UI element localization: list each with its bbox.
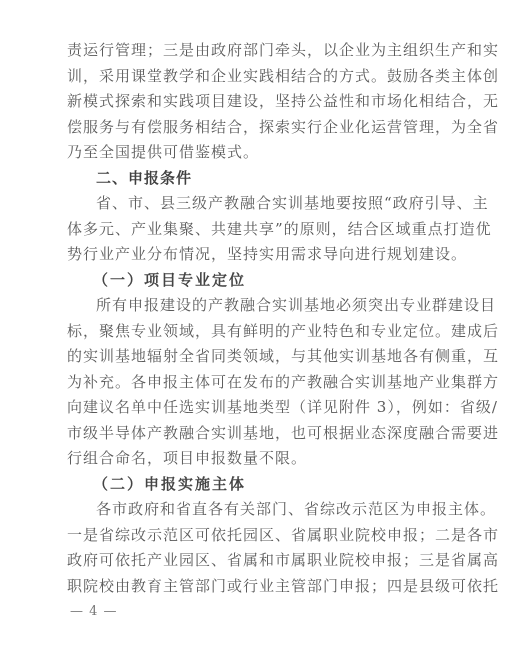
subsection-heading: （一）项目专业定位 xyxy=(93,269,246,291)
paragraph-line: 各市政府和省直各有关部门、省综改示范区为申报主体。 xyxy=(96,498,456,520)
section-heading: 二、申报条件 xyxy=(96,167,192,189)
paragraph-line: 的实训基地辐射全省同类领域，与其他实训基地各有侧重，互 xyxy=(67,345,456,367)
paragraph-line: 职院校由教育主管部门或行业主管部门申报；四是县级可依托 xyxy=(67,575,456,597)
paragraph-line: 行组合命名，项目申报数量不限。 xyxy=(67,447,456,469)
paragraph-line: 一是省综改示范区可依托园区、省属职业院校申报；二是各市 xyxy=(67,524,456,546)
paragraph-line: 训，采用课堂教学和企业实践相结合的方式。鼓励各类主体创 xyxy=(67,65,456,87)
paragraph-line: 偿服务与有偿服务相结合，探索实行企业化运营管理，为全省 xyxy=(67,116,456,138)
paragraph-line: 责运行管理；三是由政府部门牵头，以企业为主组织生产和实 xyxy=(67,39,456,61)
paragraph-line: 新模式探索和实践项目建设，坚持公益性和市场化相结合，无 xyxy=(67,90,456,112)
paragraph-line: 政府可依托产业园区、省属和市属职业院校申报；三是省属高 xyxy=(67,549,456,571)
paragraph-line: 向建议名单中任选实训基地类型（详见附件 3），例如：省级/ xyxy=(67,396,456,418)
paragraph-line: 为补充。各申报主体可在发布的产教融合实训基地产业集群方 xyxy=(67,371,456,393)
paragraph-line: 乃至全国提供可借鉴模式。 xyxy=(67,141,456,163)
paragraph-line: 标，聚焦专业领域，具有鲜明的产业特色和专业定位。建成后 xyxy=(67,320,456,342)
paragraph-line: 势行业产业分布情况，坚持实用需求导向进行规划建设。 xyxy=(67,243,456,265)
subsection-heading: （二）申报实施主体 xyxy=(93,473,246,495)
paragraph-line: 所有申报建设的产教融合实训基地必须突出专业群建设目 xyxy=(96,294,456,316)
paragraph-line: 体多元、产业集聚、共建共享”的原则，结合区域重点打造优 xyxy=(67,218,456,240)
paragraph-line: 市级半导体产教融合实训基地，也可根据业态深度融合需要进 xyxy=(67,422,456,444)
page-number: — 4 — xyxy=(70,604,118,619)
paragraph-line: 省、市、县三级产教融合实训基地要按照“政府引导、主 xyxy=(96,192,456,214)
document-page: 责运行管理；三是由政府部门牵头，以企业为主组织生产和实 训，采用课堂教学和企业实… xyxy=(0,0,513,646)
